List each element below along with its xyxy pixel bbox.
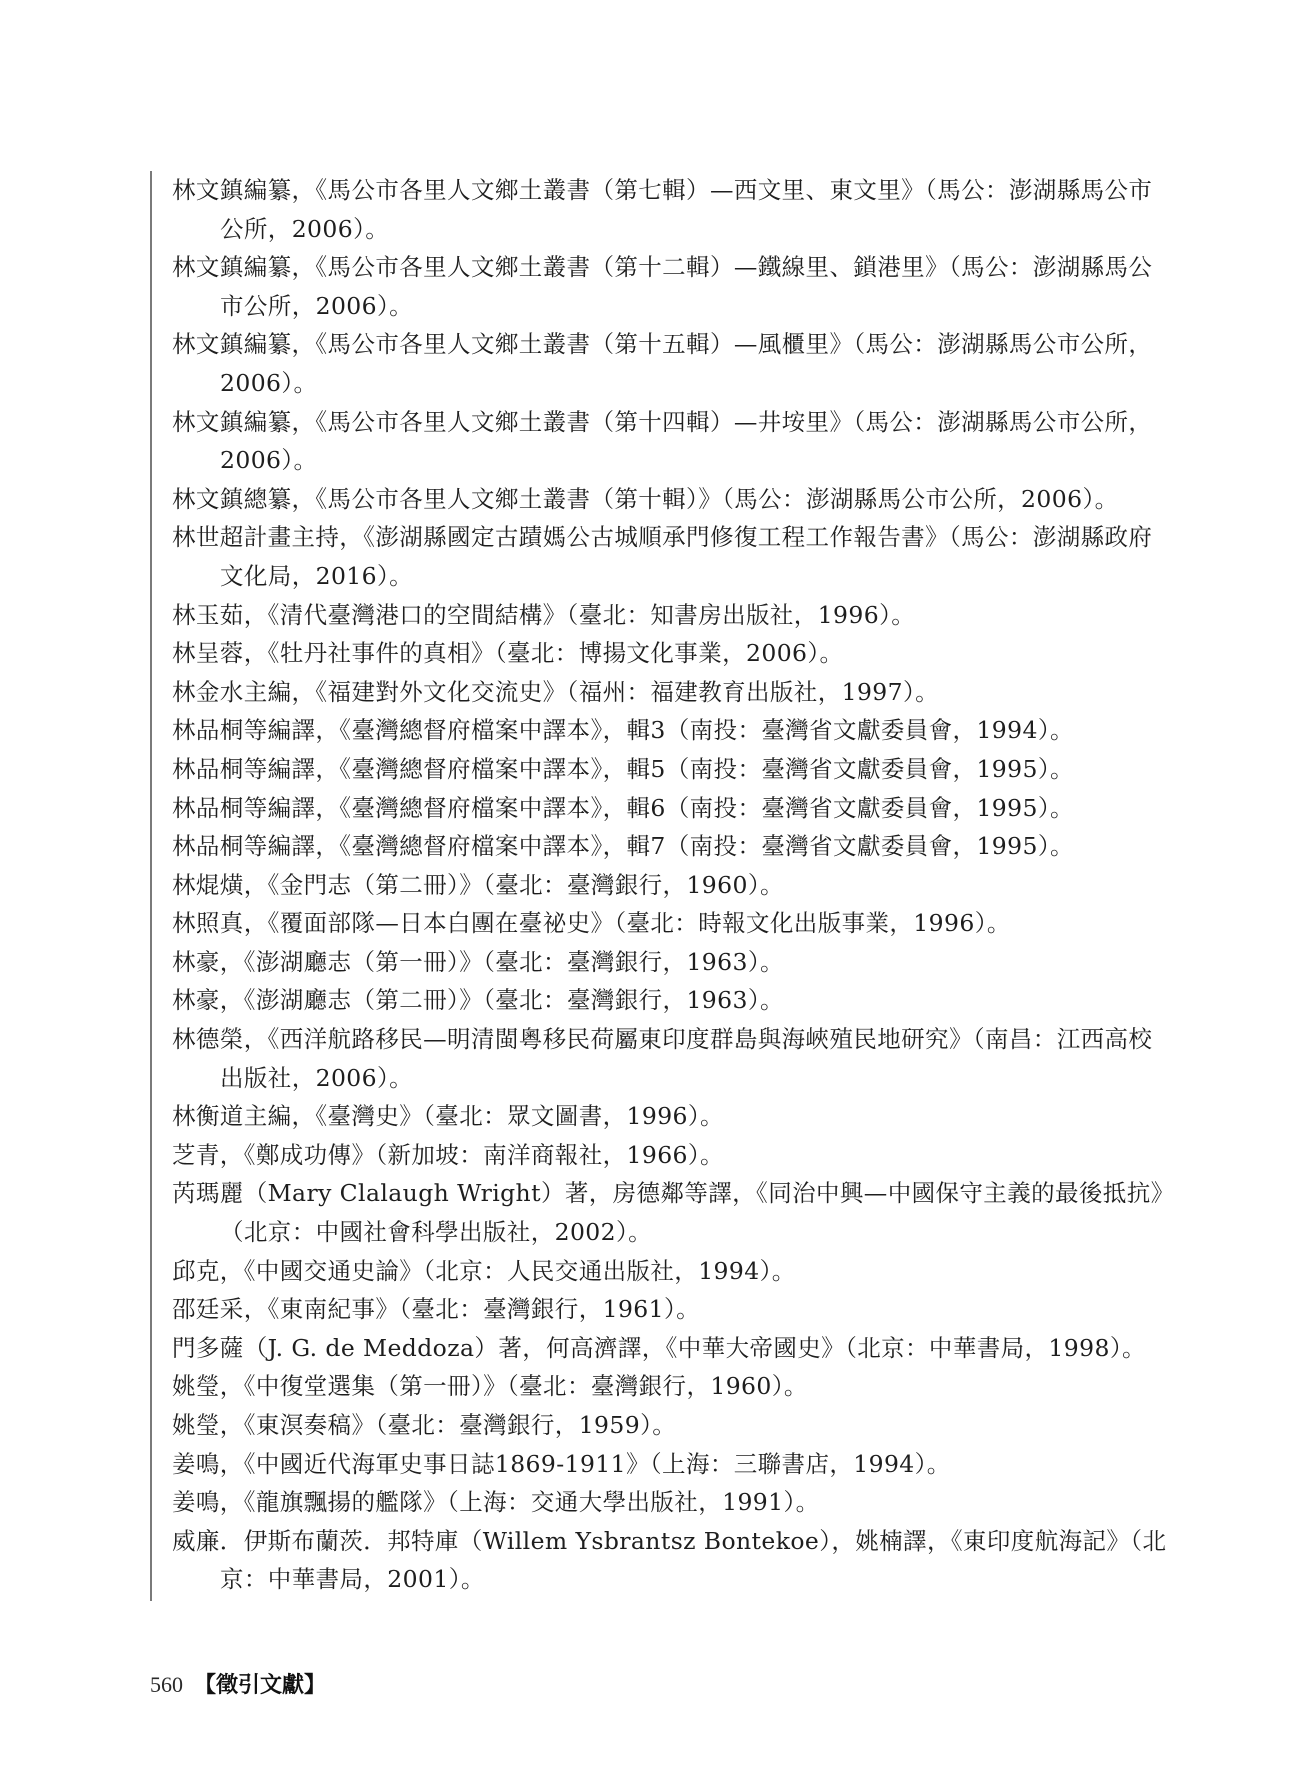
bibliography-entry: 邱克，《中國交通史論》（北京：人民交通出版社，1994）。 (172, 1252, 1142, 1291)
entry-first-line: 林文鎮編纂，《馬公市各里人文鄉土叢書（第十二輯）—鐵線里、鎖港里》（馬公：澎湖縣… (172, 248, 1142, 287)
bibliography-entry: 林德榮，《西洋航路移民—明清閩粵移民荷屬東印度群島與海峽殖民地研究》（南昌：江西… (172, 1020, 1142, 1097)
entry-first-line: 林品桐等編譯，《臺灣總督府檔案中譯本》，輯6（南投：臺灣省文獻委員會，1995）… (172, 789, 1142, 828)
entry-first-line: 林豪，《澎湖廳志（第二冊）》（臺北：臺灣銀行，1963）。 (172, 981, 1142, 1020)
margin-rule (150, 171, 152, 1601)
entry-first-line: 威廉．伊斯布蘭茨．邦特庫（Willem Ysbrantsz Bontekoe），… (172, 1522, 1142, 1561)
entry-first-line: 林文鎮總纂，《馬公市各里人文鄉土叢書（第十輯）》（馬公：澎湖縣馬公市公所，200… (172, 480, 1142, 519)
entry-continuation-line: 出版社，2006）。 (172, 1059, 1142, 1098)
bibliography-entry: 林品桐等編譯，《臺灣總督府檔案中譯本》，輯6（南投：臺灣省文獻委員會，1995）… (172, 789, 1142, 828)
entry-continuation-line: 京：中華書局，2001）。 (172, 1560, 1142, 1599)
entry-first-line: 林呈蓉，《牡丹社事件的真相》（臺北：博揚文化事業，2006）。 (172, 634, 1142, 673)
entry-first-line: 林文鎮編纂，《馬公市各里人文鄉土叢書（第十五輯）—風櫃里》（馬公：澎湖縣馬公市公… (172, 325, 1142, 364)
entry-first-line: 邱克，《中國交通史論》（北京：人民交通出版社，1994）。 (172, 1252, 1142, 1291)
entry-first-line: 姜鳴，《龍旗飄揚的艦隊》（上海：交通大學出版社，1991）。 (172, 1483, 1142, 1522)
entry-first-line: 姚瑩，《東溟奏稿》（臺北：臺灣銀行，1959）。 (172, 1406, 1142, 1445)
page-number: 560 (150, 1672, 183, 1697)
bibliography-entry: 芮瑪麗（Mary Clalaugh Wright）著，房德鄰等譯，《同治中興—中… (172, 1174, 1142, 1251)
entry-first-line: 門多薩（J. G. de Meddoza）著，何高濟譯，《中華大帝國史》（北京：… (172, 1329, 1142, 1368)
bibliography-entry: 林呈蓉，《牡丹社事件的真相》（臺北：博揚文化事業，2006）。 (172, 634, 1142, 673)
bibliography-entry: 威廉．伊斯布蘭茨．邦特庫（Willem Ysbrantsz Bontekoe），… (172, 1522, 1142, 1599)
entry-first-line: 林品桐等編譯，《臺灣總督府檔案中譯本》，輯5（南投：臺灣省文獻委員會，1995）… (172, 750, 1142, 789)
bibliography-entry: 林文鎮編纂，《馬公市各里人文鄉土叢書（第十五輯）—風櫃里》（馬公：澎湖縣馬公市公… (172, 325, 1142, 402)
bibliography-entry: 林玉茹，《清代臺灣港口的空間結構》（臺北：知書房出版社，1996）。 (172, 596, 1142, 635)
entry-continuation-line: 文化局，2016）。 (172, 557, 1142, 596)
entry-first-line: 林豪，《澎湖廳志（第一冊）》（臺北：臺灣銀行，1963）。 (172, 943, 1142, 982)
bibliography-entry: 林文鎮編纂，《馬公市各里人文鄉土叢書（第十二輯）—鐵線里、鎖港里》（馬公：澎湖縣… (172, 248, 1142, 325)
page-footer: 560 【徵引文獻】 (150, 1670, 326, 1700)
entry-first-line: 姜鳴，《中國近代海軍史事日誌1869-1911》（上海：三聯書店，1994）。 (172, 1445, 1142, 1484)
section-label: 【徵引文獻】 (194, 1672, 326, 1698)
book-page: 林文鎮編纂，《馬公市各里人文鄉土叢書（第七輯）—西文里、東文里》（馬公：澎湖縣馬… (0, 0, 1300, 1778)
entry-first-line: 林衡道主編，《臺灣史》（臺北：眾文圖書，1996）。 (172, 1097, 1142, 1136)
bibliography-entry: 林焜熿，《金門志（第二冊）》（臺北：臺灣銀行，1960）。 (172, 866, 1142, 905)
entry-first-line: 芮瑪麗（Mary Clalaugh Wright）著，房德鄰等譯，《同治中興—中… (172, 1174, 1142, 1213)
bibliography-entry: 林豪，《澎湖廳志（第二冊）》（臺北：臺灣銀行，1963）。 (172, 981, 1142, 1020)
entry-first-line: 林焜熿，《金門志（第二冊）》（臺北：臺灣銀行，1960）。 (172, 866, 1142, 905)
bibliography-entry: 林文鎮編纂，《馬公市各里人文鄉土叢書（第七輯）—西文里、東文里》（馬公：澎湖縣馬… (172, 171, 1142, 248)
bibliography-entry: 林豪，《澎湖廳志（第一冊）》（臺北：臺灣銀行，1963）。 (172, 943, 1142, 982)
bibliography-list: 林文鎮編纂，《馬公市各里人文鄉土叢書（第七輯）—西文里、東文里》（馬公：澎湖縣馬… (172, 171, 1142, 1599)
bibliography-entry: 姚瑩，《中復堂選集（第一冊）》（臺北：臺灣銀行，1960）。 (172, 1367, 1142, 1406)
bibliography-entry: 林文鎮總纂，《馬公市各里人文鄉土叢書（第十輯）》（馬公：澎湖縣馬公市公所，200… (172, 480, 1142, 519)
entry-first-line: 林玉茹，《清代臺灣港口的空間結構》（臺北：知書房出版社，1996）。 (172, 596, 1142, 635)
entry-continuation-line: （北京：中國社會科學出版社，2002）。 (172, 1213, 1142, 1252)
entry-first-line: 姚瑩，《中復堂選集（第一冊）》（臺北：臺灣銀行，1960）。 (172, 1367, 1142, 1406)
bibliography-entry: 林世超計畫主持，《澎湖縣國定古蹟媽公古城順承門修復工程工作報告書》（馬公：澎湖縣… (172, 518, 1142, 595)
bibliography-entry: 門多薩（J. G. de Meddoza）著，何高濟譯，《中華大帝國史》（北京：… (172, 1329, 1142, 1368)
entry-first-line: 林照真，《覆面部隊—日本白團在臺祕史》（臺北：時報文化出版事業，1996）。 (172, 904, 1142, 943)
bibliography-entry: 邵廷采，《東南紀事》（臺北：臺灣銀行，1961）。 (172, 1290, 1142, 1329)
entry-first-line: 林品桐等編譯，《臺灣總督府檔案中譯本》，輯7（南投：臺灣省文獻委員會，1995）… (172, 827, 1142, 866)
entry-first-line: 林文鎮編纂，《馬公市各里人文鄉土叢書（第十四輯）—井垵里》（馬公：澎湖縣馬公市公… (172, 403, 1142, 442)
bibliography-entry: 林金水主編，《福建對外文化交流史》（福州：福建教育出版社，1997）。 (172, 673, 1142, 712)
bibliography-entry: 林品桐等編譯，《臺灣總督府檔案中譯本》，輯7（南投：臺灣省文獻委員會，1995）… (172, 827, 1142, 866)
entry-first-line: 邵廷采，《東南紀事》（臺北：臺灣銀行，1961）。 (172, 1290, 1142, 1329)
entry-continuation-line: 市公所，2006）。 (172, 287, 1142, 326)
entry-first-line: 芝青，《鄭成功傳》（新加坡：南洋商報社，1966）。 (172, 1136, 1142, 1175)
entry-continuation-line: 2006）。 (172, 441, 1142, 480)
bibliography-entry: 林品桐等編譯，《臺灣總督府檔案中譯本》，輯5（南投：臺灣省文獻委員會，1995）… (172, 750, 1142, 789)
bibliography-entry: 林衡道主編，《臺灣史》（臺北：眾文圖書，1996）。 (172, 1097, 1142, 1136)
entry-first-line: 林金水主編，《福建對外文化交流史》（福州：福建教育出版社，1997）。 (172, 673, 1142, 712)
bibliography-entry: 林文鎮編纂，《馬公市各里人文鄉土叢書（第十四輯）—井垵里》（馬公：澎湖縣馬公市公… (172, 403, 1142, 480)
bibliography-entry: 姚瑩，《東溟奏稿》（臺北：臺灣銀行，1959）。 (172, 1406, 1142, 1445)
bibliography-entry: 林品桐等編譯，《臺灣總督府檔案中譯本》，輯3（南投：臺灣省文獻委員會，1994）… (172, 711, 1142, 750)
entry-continuation-line: 2006）。 (172, 364, 1142, 403)
bibliography-entry: 姜鳴，《中國近代海軍史事日誌1869-1911》（上海：三聯書店，1994）。 (172, 1445, 1142, 1484)
bibliography-entry: 芝青，《鄭成功傳》（新加坡：南洋商報社，1966）。 (172, 1136, 1142, 1175)
entry-first-line: 林文鎮編纂，《馬公市各里人文鄉土叢書（第七輯）—西文里、東文里》（馬公：澎湖縣馬… (172, 171, 1142, 210)
entry-first-line: 林世超計畫主持，《澎湖縣國定古蹟媽公古城順承門修復工程工作報告書》（馬公：澎湖縣… (172, 518, 1142, 557)
bibliography-entry: 姜鳴，《龍旗飄揚的艦隊》（上海：交通大學出版社，1991）。 (172, 1483, 1142, 1522)
bibliography-entry: 林照真，《覆面部隊—日本白團在臺祕史》（臺北：時報文化出版事業，1996）。 (172, 904, 1142, 943)
entry-first-line: 林德榮，《西洋航路移民—明清閩粵移民荷屬東印度群島與海峽殖民地研究》（南昌：江西… (172, 1020, 1142, 1059)
entry-continuation-line: 公所，2006）。 (172, 210, 1142, 249)
entry-first-line: 林品桐等編譯，《臺灣總督府檔案中譯本》，輯3（南投：臺灣省文獻委員會，1994）… (172, 711, 1142, 750)
